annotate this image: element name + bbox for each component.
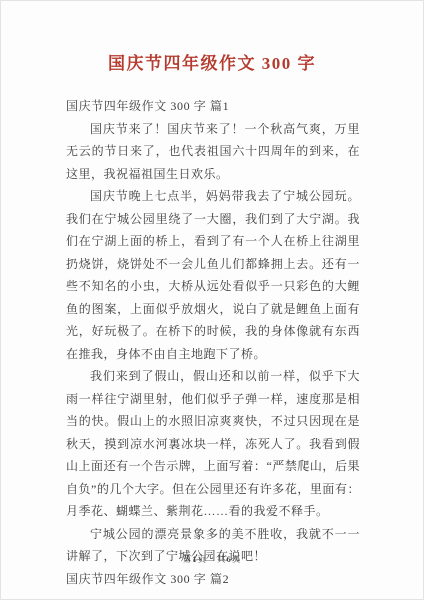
current-page-unit: 页: [197, 554, 207, 564]
document-title: 国庆节四年级作文 300 字: [1, 53, 423, 75]
total-pages-unit: 页: [232, 554, 242, 564]
essay-paragraph-1: 国庆节来了！国庆节来了！一个秋高气爽，万里无云的节日来了，也代表祖国六十四周年的…: [66, 118, 360, 186]
essay-paragraph-3: 我们来到了假山，假山还和以前一样，似乎下大雨一样往宁湖里射，他们似乎子弹一样，速…: [66, 365, 360, 523]
section-1-heading: 国庆节四年级作文 300 字 篇1: [66, 95, 360, 118]
essay-paragraph-2: 国庆节晚上七点半，妈妈带我去了宁城公园玩。我们在宁城公园里绕了一大圈，我们到了大…: [66, 185, 360, 365]
document-body: 国庆节四年级作文 300 字 篇1 国庆节来了！国庆节来了！一个秋高气爽，万里无…: [1, 75, 423, 590]
current-page-indicator: 第1页: [183, 554, 207, 564]
total-pages-prefix: 共: [217, 554, 227, 564]
document-page: 国庆节四年级作文 300 字 国庆节四年级作文 300 字 篇1 国庆节来了！国…: [0, 0, 424, 600]
total-pages-indicator: 共6页: [217, 554, 241, 564]
section-2-heading: 国庆节四年级作文 300 字 篇2: [66, 568, 360, 591]
current-page-prefix: 第: [183, 554, 193, 564]
page-footer: 第1页共6页: [1, 553, 423, 565]
